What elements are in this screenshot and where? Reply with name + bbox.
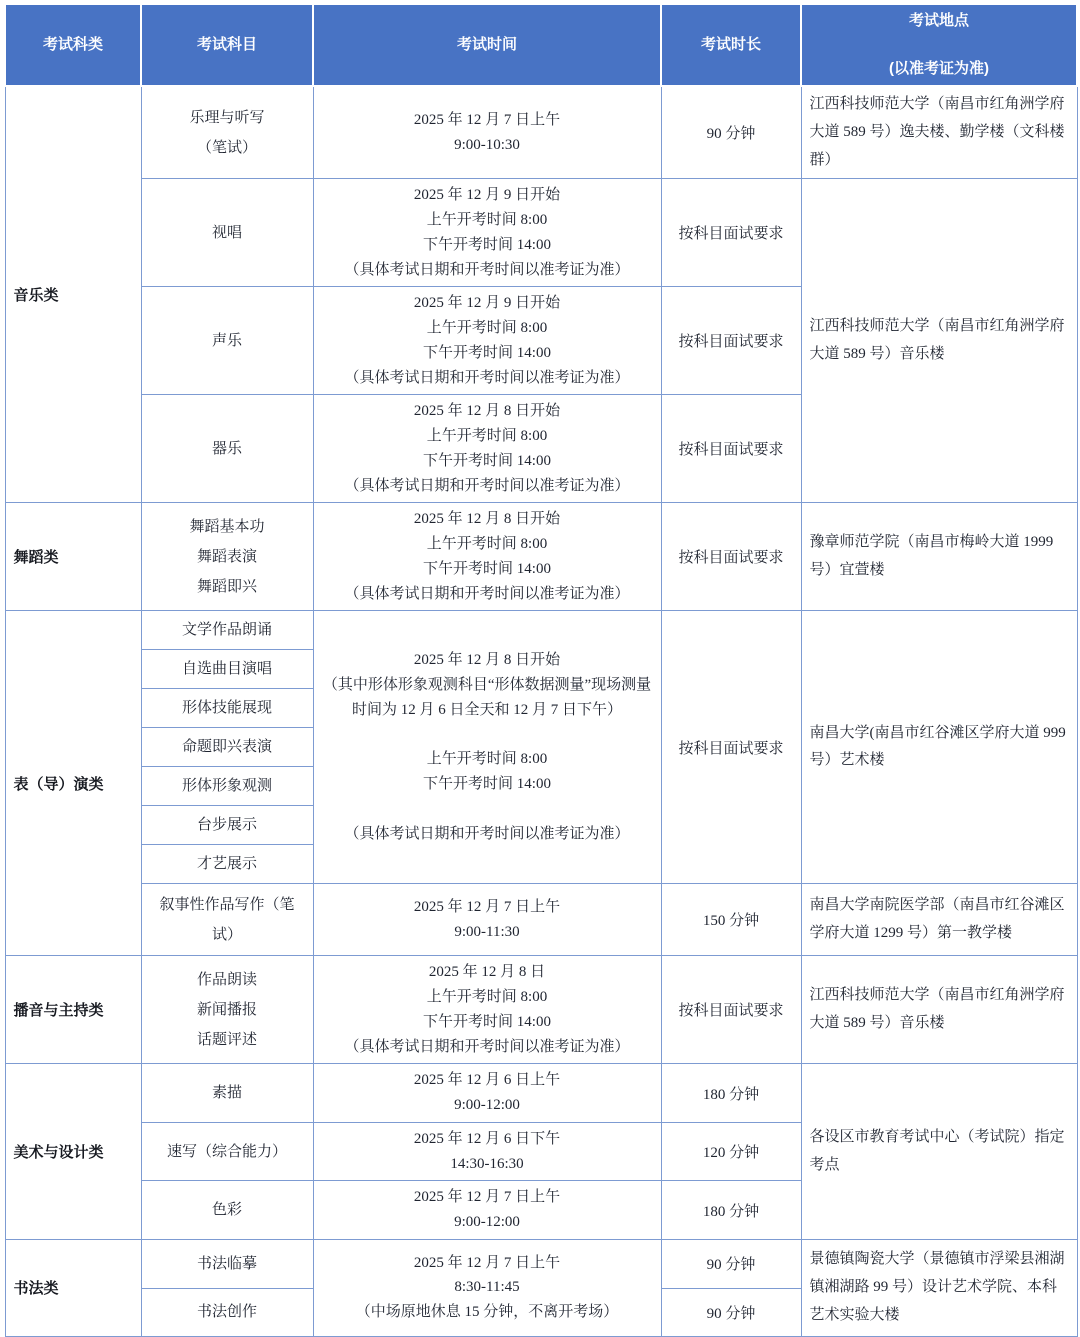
time-cell-calligraphy-shared: 2025 年 12 月 7 日上午 8:30-11:45 （中场原地休息 15 … [313,1239,661,1336]
location-cell: 豫章师范学院（南昌市梅岭大道 1999 号）宜萱楼 [801,503,1077,611]
subject-cell: 台步展示 [141,806,313,845]
subject-cell: 书法创作 [141,1288,313,1336]
location-cell-art-shared: 各设区市教育考试中心（考试院）指定考点 [801,1064,1077,1240]
row-music-sightsinging: 视唱 2025 年 12 月 9 日开始 上午开考时间 8:00 下午开考时间 … [5,179,1077,287]
subject-cell: 书法临摹 [141,1239,313,1288]
row-calligraphy-copy: 书法类 书法临摹 2025 年 12 月 7 日上午 8:30-11:45 （中… [5,1239,1077,1288]
time-cell: 2025 年 12 月 7 日上午 9:00-10:30 [313,86,661,179]
row-art-sketch: 美术与设计类 素描 2025 年 12 月 6 日上午 9:00-12:00 1… [5,1064,1077,1123]
category-cell-art: 美术与设计类 [5,1064,141,1240]
duration-cell: 按科目面试要求 [661,179,801,287]
subject-cell: 命题即兴表演 [141,728,313,767]
duration-cell: 150 分钟 [661,884,801,956]
duration-cell: 180 分钟 [661,1181,801,1240]
duration-cell: 按科目面试要求 [661,956,801,1064]
location-cell: 江西科技师范大学（南昌市红角洲学府大道 589 号）音乐楼 [801,956,1077,1064]
category-cell-broadcast: 播音与主持类 [5,956,141,1064]
header-cell-location: 考试地点 (以准考证为准) [801,4,1077,86]
header-cell-category: 考试科类 [5,4,141,86]
location-cell: 南昌大学南院医学部（南昌市红谷滩区学府大道 1299 号）第一教学楼 [801,884,1077,956]
duration-cell: 按科目面试要求 [661,395,801,503]
row-dance: 舞蹈类 舞蹈基本功 舞蹈表演 舞蹈即兴 2025 年 12 月 8 日开始 上午… [5,503,1077,611]
time-cell-performance-shared: 2025 年 12 月 8 日开始 （其中形体形象观测科目“形体数据测量”现场测… [313,611,661,884]
duration-cell: 180 分钟 [661,1064,801,1123]
time-cell: 2025 年 12 月 8 日 上午开考时间 8:00 下午开考时间 14:00… [313,956,661,1064]
time-cell: 2025 年 12 月 7 日上午 9:00-11:30 [313,884,661,956]
subject-cell: 舞蹈基本功 舞蹈表演 舞蹈即兴 [141,503,313,611]
subject-cell: 作品朗读 新闻播报 话题评述 [141,956,313,1064]
header-cell-time: 考试时间 [313,4,661,86]
subject-cell: 声乐 [141,287,313,395]
time-cell: 2025 年 12 月 6 日下午 14:30-16:30 [313,1122,661,1181]
duration-cell: 90 分钟 [661,1288,801,1336]
time-cell: 2025 年 12 月 8 日开始 上午开考时间 8:00 下午开考时间 14:… [313,395,661,503]
subject-cell: 素描 [141,1064,313,1123]
row-performance-writing: 叙事性作品写作（笔试） 2025 年 12 月 7 日上午 9:00-11:30… [5,884,1077,956]
duration-cell: 120 分钟 [661,1122,801,1181]
subject-cell: 乐理与听写 （笔试） [141,86,313,179]
duration-cell: 按科目面试要求 [661,287,801,395]
location-cell: 江西科技师范大学（南昌市红角洲学府大道 589 号）逸夫楼、勤学楼（文科楼群） [801,86,1077,179]
time-cell: 2025 年 12 月 9 日开始 上午开考时间 8:00 下午开考时间 14:… [313,287,661,395]
time-cell: 2025 年 12 月 6 日上午 9:00-12:00 [313,1064,661,1123]
category-cell-performance: 表（导）演类 [5,611,141,956]
subject-cell: 形体技能展现 [141,689,313,728]
duration-cell: 按科目面试要求 [661,503,801,611]
subject-cell: 色彩 [141,1181,313,1240]
subject-cell: 视唱 [141,179,313,287]
row-music-theory: 音乐类 乐理与听写 （笔试） 2025 年 12 月 7 日上午 9:00-10… [5,86,1077,179]
subject-cell: 器乐 [141,395,313,503]
exam-schedule-table-wrap: 考试科类 考试科目 考试时间 考试时长 考试地点 (以准考证为准) 音乐类 乐理… [4,3,1076,1337]
subject-cell: 速写（综合能力） [141,1122,313,1181]
subject-cell: 形体形象观测 [141,767,313,806]
subject-cell: 叙事性作品写作（笔试） [141,884,313,956]
time-cell: 2025 年 12 月 8 日开始 上午开考时间 8:00 下午开考时间 14:… [313,503,661,611]
category-cell-calligraphy: 书法类 [5,1239,141,1336]
time-cell: 2025 年 12 月 9 日开始 上午开考时间 8:00 下午开考时间 14:… [313,179,661,287]
subject-cell: 文学作品朗诵 [141,611,313,650]
duration-cell: 90 分钟 [661,86,801,179]
header-row: 考试科类 考试科目 考试时间 考试时长 考试地点 (以准考证为准) [5,4,1077,86]
time-cell: 2025 年 12 月 7 日上午 9:00-12:00 [313,1181,661,1240]
category-cell-music: 音乐类 [5,86,141,503]
duration-cell: 90 分钟 [661,1239,801,1288]
header-cell-subject: 考试科目 [141,4,313,86]
location-cell-calligraphy-shared: 景德镇陶瓷大学（景德镇市浮梁县湘湖镇湘湖路 99 号）设计艺术学院、本科艺术实验… [801,1239,1077,1336]
subject-cell: 才艺展示 [141,845,313,884]
header-cell-duration: 考试时长 [661,4,801,86]
row-broadcast: 播音与主持类 作品朗读 新闻播报 话题评述 2025 年 12 月 8 日 上午… [5,956,1077,1064]
location-cell-performance-shared: 南昌大学(南昌市红谷滩区学府大道 999 号）艺术楼 [801,611,1077,884]
category-cell-dance: 舞蹈类 [5,503,141,611]
location-cell-music-shared: 江西科技师范大学（南昌市红角洲学府大道 589 号）音乐楼 [801,179,1077,503]
duration-cell-performance-shared: 按科目面试要求 [661,611,801,884]
exam-schedule-table: 考试科类 考试科目 考试时间 考试时长 考试地点 (以准考证为准) 音乐类 乐理… [4,3,1078,1337]
subject-cell: 自选曲目演唱 [141,650,313,689]
row-performance-subject: 表（导）演类 文学作品朗诵 2025 年 12 月 8 日开始 （其中形体形象观… [5,611,1077,650]
